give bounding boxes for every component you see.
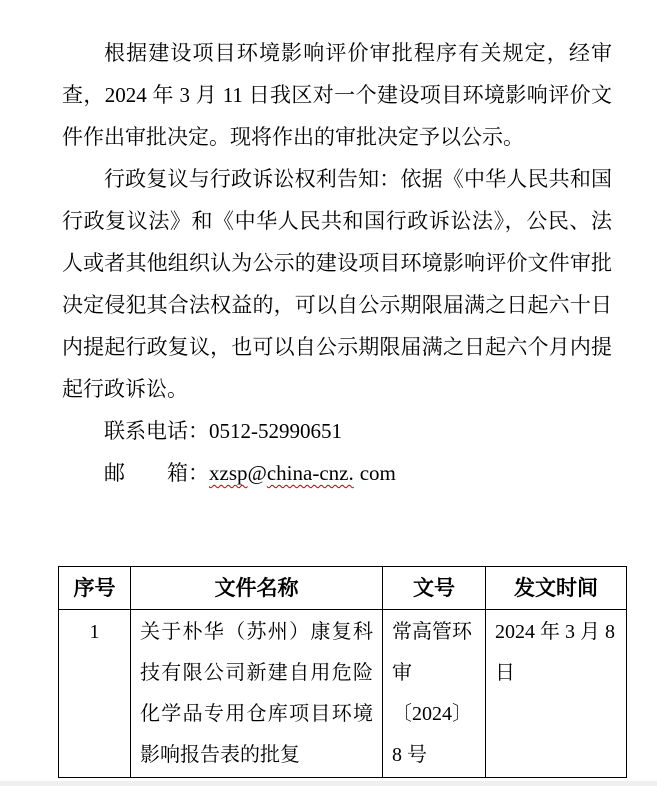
cell-issue-date: 2024 年 3 月 8 日 bbox=[486, 610, 627, 778]
table-row: 1 关于朴华（苏州）康复科技有限公司新建自用危险化学品专用仓库项目环境影响报告表… bbox=[59, 610, 627, 778]
document-page: 根据建设项目环境影响评价审批程序有关规定，经审查，2024 年 3 月 11 日… bbox=[0, 0, 657, 786]
page-bottom-edge bbox=[0, 781, 657, 786]
contact-email-line: 邮 箱：xzsp@china-cnz.com bbox=[62, 452, 612, 494]
contact-phone-value: 0512-52990651 bbox=[209, 419, 342, 443]
table-header-seq: 序号 bbox=[59, 567, 131, 610]
document-content: 根据建设项目环境影响评价审批程序有关规定，经审查，2024 年 3 月 11 日… bbox=[0, 0, 657, 778]
table-header-issue-date: 发文时间 bbox=[486, 567, 627, 610]
paragraph-legal-rights-notice: 行政复议与行政诉讼权利告知：依据《中华人民共和国行政复议法》和《中华人民共和国行… bbox=[62, 158, 612, 410]
table-header-doc-number: 文号 bbox=[383, 567, 486, 610]
cell-seq: 1 bbox=[59, 610, 131, 778]
contact-email-user: xzsp bbox=[209, 461, 248, 485]
cell-doc-number: 常高管环审〔2024〕8 号 bbox=[383, 610, 486, 778]
contact-phone-line: 联系电话：0512-52990651 bbox=[62, 410, 612, 452]
approval-documents-table: 序号 文件名称 文号 发文时间 1 关于朴华（苏州）康复科技有限公司新建自用危险… bbox=[58, 566, 627, 778]
table-header-row: 序号 文件名称 文号 发文时间 bbox=[59, 567, 627, 610]
contact-email-at-sign: @ bbox=[248, 461, 267, 485]
contact-phone-label: 联系电话： bbox=[104, 419, 209, 443]
contact-email-tld: com bbox=[360, 461, 396, 485]
cell-doc-title: 关于朴华（苏州）康复科技有限公司新建自用危险化学品专用仓库项目环境影响报告表的批… bbox=[131, 610, 383, 778]
paragraph-approval-announcement: 根据建设项目环境影响评价审批程序有关规定，经审查，2024 年 3 月 11 日… bbox=[62, 32, 612, 158]
contact-email-domain: china-cnz. bbox=[267, 461, 354, 485]
table-header-doc-name: 文件名称 bbox=[131, 567, 383, 610]
contact-email-label: 邮 箱： bbox=[104, 461, 209, 485]
